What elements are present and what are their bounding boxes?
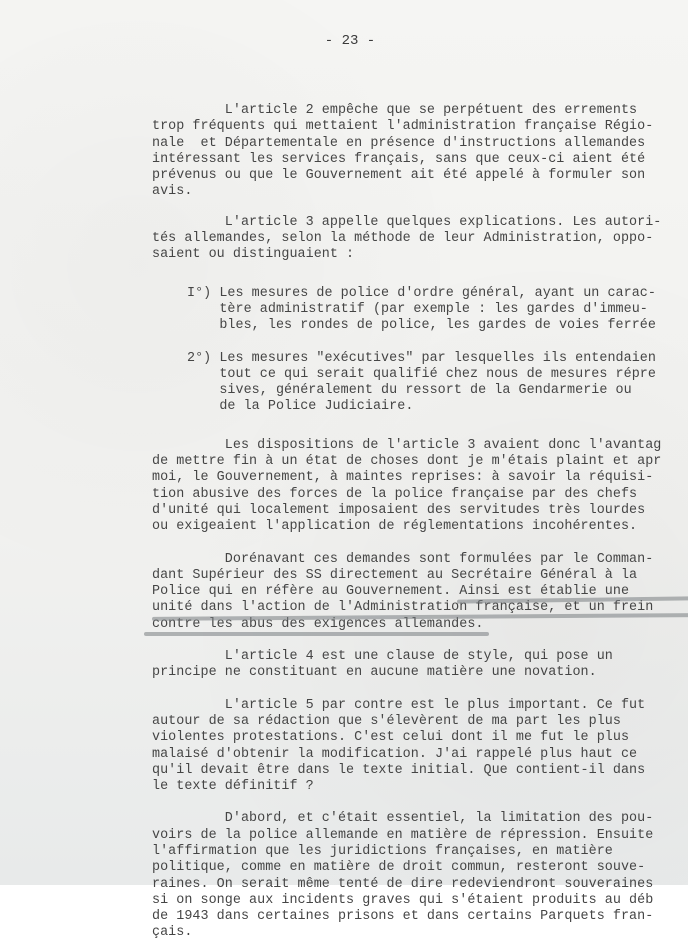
text-line: trop fréquents qui mettaient l'administr… <box>152 119 692 135</box>
text-line: L'article 2 empêche que se perpétuent de… <box>152 103 692 119</box>
paragraph-dorenavant: Dorénavant ces demandes sont formulées p… <box>152 552 692 633</box>
paragraph-article-5: L'article 5 par contre est le plus impor… <box>152 698 692 796</box>
text-line: l'affirmation que les juridictions franç… <box>152 844 692 860</box>
text-line: 2°) Les mesures "exécutives" par lesquel… <box>187 351 692 367</box>
text-line: le texte définitif ? <box>152 779 692 795</box>
text-line: tion abusive des forces de la police fra… <box>152 487 692 503</box>
paragraph-article-4: L'article 4 est une clause de style, qui… <box>152 649 692 682</box>
text-line: sives, généralement du ressort de la Gen… <box>187 383 692 399</box>
page-number: - 23 - <box>0 33 700 49</box>
text-line: dant Supérieur des SS directement au Sec… <box>152 568 692 584</box>
paragraph-dabord: D'abord, et c'était essentiel, la limita… <box>152 811 692 885</box>
text-line: autour de sa rédaction que s'élevèrent d… <box>152 714 692 730</box>
text-line: moi, le Gouvernement, à maintes reprises… <box>152 470 692 486</box>
text-line: d'unité qui localement imposaient des se… <box>152 503 692 519</box>
text-line: ou exigeaient l'application de réglement… <box>152 519 692 535</box>
text-line: tout ce qui serait qualifié chez nous de… <box>187 367 692 383</box>
text-line: L'article 5 par contre est le plus impor… <box>152 698 692 714</box>
list-item-1: I°) Les mesures de police d'ordre généra… <box>152 286 692 335</box>
text-line: nale et Départementale en présence d'ins… <box>152 136 692 152</box>
text-line: L'article 4 est une clause de style, qui… <box>152 649 692 665</box>
text-line: Les dispositions de l'article 3 avaient … <box>152 438 692 454</box>
paragraph-article-3: L'article 3 appelle quelques explication… <box>152 215 692 264</box>
text-line: de mettre fin à un état de choses dont j… <box>152 454 692 470</box>
text-line: L'article 3 appelle quelques explication… <box>152 215 692 231</box>
text-line: malaisé d'obtenir la modification. J'ai … <box>152 747 692 763</box>
text-line: I°) Les mesures de police d'ordre généra… <box>187 286 692 302</box>
text-line: intéressant les services français, sans … <box>152 152 692 168</box>
text-line: de la Police Judiciaire. <box>187 399 692 415</box>
paragraph-article-2: L'article 2 empêche que se perpétuent de… <box>152 103 692 201</box>
page-margin <box>688 0 700 885</box>
text-line: prévenus ou que le Gouvernement ait été … <box>152 168 692 184</box>
scanned-page: - 23 - L'article 2 empêche que se perpét… <box>0 0 688 885</box>
document-body: L'article 2 empêche que se perpétuent de… <box>152 103 692 885</box>
paragraph-dispositions: Les dispositions de l'article 3 avaient … <box>152 438 692 536</box>
text-line: qu'il devait être dans le texte initial.… <box>152 763 692 779</box>
list-item-2: 2°) Les mesures "exécutives" par lesquel… <box>152 351 692 416</box>
text-line: principe ne constituant en aucune matièr… <box>152 665 692 681</box>
text-line: violentes protestations. C'est celui don… <box>152 730 692 746</box>
text-line: D'abord, et c'était essentiel, la limita… <box>152 811 692 827</box>
pencil-underline <box>144 632 489 636</box>
text-line: voirs de la police allemande en matière … <box>152 828 692 844</box>
text-line: saient ou distinguaient : <box>152 247 692 263</box>
text-line: politique, comme en matière de droit com… <box>152 860 692 876</box>
text-line: raines. On serait même tenté de dire red… <box>152 877 692 885</box>
text-line: tère administratif (par exemple : les ga… <box>187 302 692 318</box>
text-line: avis. <box>152 184 692 200</box>
text-line: Dorénavant ces demandes sont formulées p… <box>152 552 692 568</box>
text-line: bles, les rondes de police, les gardes d… <box>187 318 692 334</box>
text-line: tés allemandes, selon la méthode de leur… <box>152 231 692 247</box>
